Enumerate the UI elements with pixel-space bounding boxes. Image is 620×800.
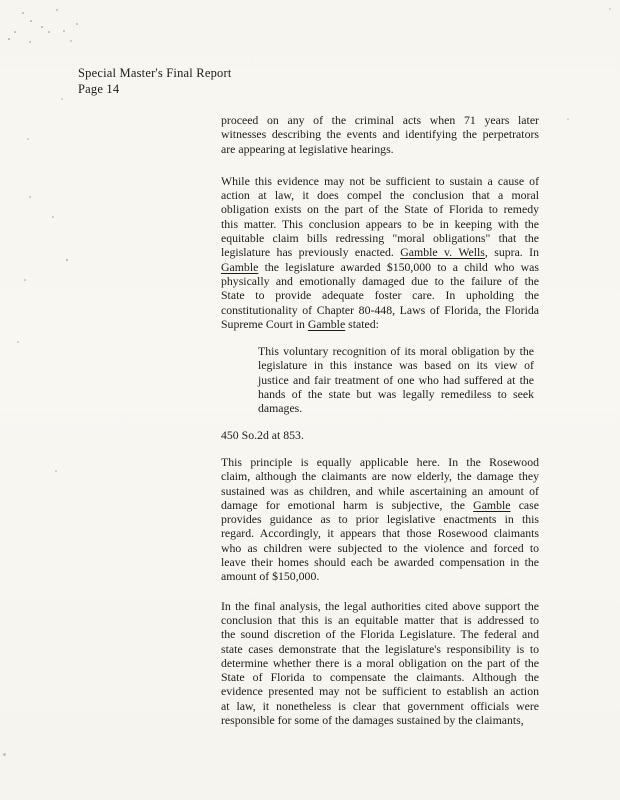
text-line: This principle is equally applicable her…	[221, 455, 539, 469]
text-line: legislature has previously enacted. Gamb…	[221, 245, 539, 259]
text-line: sustained was as children, and while asc…	[221, 484, 539, 498]
scan-speck-dot	[55, 470, 57, 472]
scan-speck-dot	[52, 216, 54, 218]
text-line: This voluntary recognition of its moral …	[258, 344, 534, 358]
text-line: this matter. This conclusion appears to …	[221, 217, 539, 231]
scan-speck-dot	[567, 118, 569, 120]
text-line: provides guidance as to prior legislativ…	[221, 512, 539, 526]
document-body: proceed on any of the criminal acts when…	[221, 113, 539, 727]
text-line: While this evidence may not be sufficien…	[221, 174, 539, 188]
text-line: are appearing at legislative hearings.	[221, 142, 539, 156]
text-line: State of Florida to compensate the claim…	[221, 670, 539, 684]
text-line: hands of the state but was legally remed…	[258, 387, 534, 401]
text-line: claim, although the claimants are now el…	[221, 469, 539, 483]
text-line: Supreme Court in Gamble stated:	[221, 317, 539, 331]
text-line: obligation exists on the part of the Sta…	[221, 202, 539, 216]
page-number: Page 14	[78, 82, 232, 98]
text-line: responsible for some of the damages sust…	[221, 713, 539, 727]
scan-speck-dot	[66, 259, 68, 261]
text-line: determine whether there is a moral oblig…	[221, 656, 539, 670]
paragraph: This principle is equally applicable her…	[221, 455, 539, 584]
scan-speck-dot	[61, 98, 63, 100]
text-line: the sound discretion of the Florida Legi…	[221, 627, 539, 641]
scan-speck-dot	[27, 138, 29, 140]
scan-speck-dot	[70, 40, 72, 42]
text-line: leave their homes should each be awarded…	[221, 555, 539, 569]
text-line: legislature in this instance was based o…	[258, 358, 534, 372]
document-header: Special Master's Final Report Page 14	[78, 66, 232, 97]
scan-speck-dot	[29, 196, 31, 198]
block-quote: This voluntary recognition of its moral …	[258, 344, 534, 415]
scanned-document-page: Special Master's Final Report Page 14 pr…	[0, 0, 620, 800]
text-line: proceed on any of the criminal acts when…	[221, 113, 539, 127]
text-line: justice and fair treatment of one who ha…	[258, 373, 534, 387]
scan-speck-dot	[63, 30, 65, 32]
text-line: physically and emotionally damaged due t…	[221, 274, 539, 288]
text-line: damage for emotional harm is subjective,…	[221, 498, 539, 512]
report-title: Special Master's Final Report	[78, 66, 232, 82]
scan-speck-dot	[14, 31, 16, 33]
paragraph: In the final analysis, the legal authori…	[221, 599, 539, 728]
text-line: Gamble the legislature awarded $150,000 …	[221, 260, 539, 274]
paragraph: proceed on any of the criminal acts when…	[221, 113, 539, 156]
scan-speck-dot	[8, 38, 10, 40]
scan-speck-dot	[29, 41, 31, 43]
scan-speck-dot	[41, 26, 43, 28]
text-line: 450 So.2d at 853.	[221, 428, 539, 442]
text-line: damages.	[258, 401, 534, 415]
scan-speck-dot	[56, 9, 58, 11]
scan-speck-dot	[609, 8, 611, 10]
scan-speck-dot	[24, 279, 26, 281]
text-line: at law, it nonetheless is clear that gov…	[221, 699, 539, 713]
scan-speck-dot	[30, 20, 32, 22]
scan-speck-dot	[22, 12, 24, 14]
text-line: witnesses describing the events and iden…	[221, 127, 539, 141]
text-line: who as children were subjected to the vi…	[221, 541, 539, 555]
paragraph: While this evidence may not be sufficien…	[221, 174, 539, 331]
text-line: amount of $150,000.	[221, 569, 539, 583]
text-line: In the final analysis, the legal authori…	[221, 599, 539, 613]
case-citation: 450 So.2d at 853.	[221, 428, 539, 442]
text-line: State to provide adequate foster care. I…	[221, 288, 539, 302]
scan-speck-dot	[3, 753, 6, 756]
scan-speck-dot	[48, 31, 50, 33]
text-line: constitutionality of Chapter 80-448, Law…	[221, 303, 539, 317]
text-line: equitable claim bills redressing "moral …	[221, 231, 539, 245]
text-line: conclusion that this is an equitable mat…	[221, 613, 539, 627]
scan-speck-dot	[76, 23, 78, 25]
scan-speck-dot	[17, 341, 19, 343]
text-line: state cases demonstrate that the legisla…	[221, 642, 539, 656]
text-line: regard. Accordingly, it appears that tho…	[221, 526, 539, 540]
text-line: action at law, it does compel the conclu…	[221, 188, 539, 202]
text-line: evidence presented may not be sufficient…	[221, 684, 539, 698]
